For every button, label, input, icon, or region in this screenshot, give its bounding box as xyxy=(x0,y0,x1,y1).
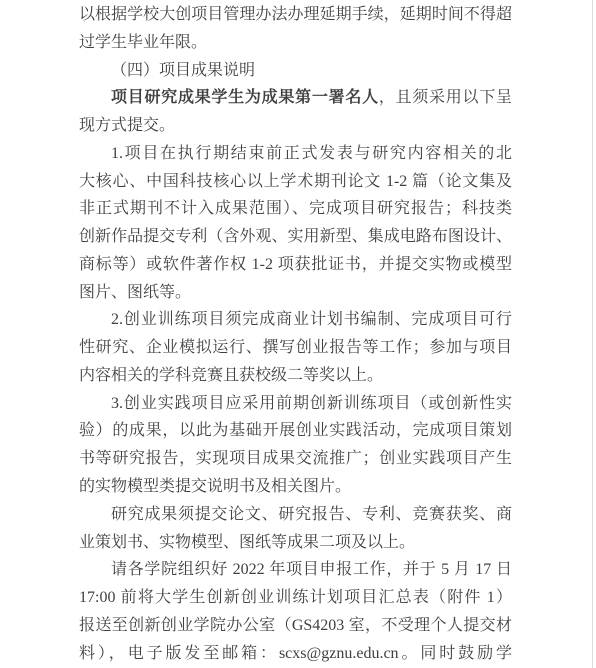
document-line: 的实物模型类提交说明书及相关图片。 xyxy=(79,473,512,501)
text-segment: 料），电子版发至邮箱：scxs@gznu.edu.cn。同时鼓励学 xyxy=(79,645,512,662)
text-segment: 报送至创新创业学院办公室（GS4203 室，不受理个人提交材 xyxy=(79,617,512,634)
text-segment: 性研究、企业模拟运行、撰写创业报告等工作；参加与项目 xyxy=(79,339,512,356)
document-line: 图片、图纸等。 xyxy=(79,279,512,307)
text-segment: 业策划书、实物模型、图纸等成果二项及以上。 xyxy=(79,534,415,551)
text-segment: 现方式提交。 xyxy=(79,117,175,134)
document-line: 验）的成果，以此为基础开展创业实践活动，完成项目策划 xyxy=(79,417,512,445)
document-line: 项目研究成果学生为成果第一署名人，且须采用以下呈 xyxy=(79,84,512,112)
document-line: 3.创业实践项目应采用前期创新训练项目（或创新性实 xyxy=(79,390,512,418)
text-segment: 创新作品提交专利（含外观、实用新型、集成电路布图设计、 xyxy=(79,228,512,245)
text-segment: （四）项目成果说明 xyxy=(111,62,255,79)
text-segment: 图片、图纸等。 xyxy=(79,284,191,301)
document-line: 报送至创新创业学院办公室（GS4203 室，不受理个人提交材 xyxy=(79,612,512,640)
text-segment: 过学生毕业年限。 xyxy=(79,34,207,51)
document-line: 内容相关的学科竞赛且获校级二等奖以上。 xyxy=(79,362,512,390)
document-line: 现方式提交。 xyxy=(79,112,512,140)
document-line: 书等研究报告，实现项目成果交流推广；创业实践项目产生 xyxy=(79,445,512,473)
document-line: 请各学院组织好 2022 年项目申报工作，并于 5 月 17 日 xyxy=(79,556,512,584)
document-line: 2.创业训练项目须完成商业计划书编制、完成项目可行 xyxy=(79,306,512,334)
text-segment: 书等研究报告，实现项目成果交流推广；创业实践项目产生 xyxy=(79,450,512,467)
document-line: 料），电子版发至邮箱：scxs@gznu.edu.cn。同时鼓励学 xyxy=(79,640,512,668)
document-line: 商标等）或软件著作权 1-2 项获批证书，并提交实物或模型 xyxy=(79,251,512,279)
document-line: 以根据学校大创项目管理办法办理延期手续，延期时间不得超 xyxy=(79,1,512,29)
document-line: 性研究、企业模拟运行、撰写创业报告等工作；参加与项目 xyxy=(79,334,512,362)
document-line: 业策划书、实物模型、图纸等成果二项及以上。 xyxy=(79,529,512,557)
document-line: 创新作品提交专利（含外观、实用新型、集成电路布图设计、 xyxy=(79,223,512,251)
document-line: 大核心、中国科技核心以上学术期刊论文 1-2 篇（论文集及 xyxy=(79,168,512,196)
text-segment: 3.创业实践项目应采用前期创新训练项目（或创新性实 xyxy=(111,395,512,412)
text-segment: 大核心、中国科技核心以上学术期刊论文 1-2 篇（论文集及 xyxy=(79,173,512,190)
document-line: 过学生毕业年限。 xyxy=(79,29,512,57)
document-line: 非正式期刊不计入成果范围）、完成项目研究报告；科技类 xyxy=(79,195,512,223)
text-segment: 2.创业训练项目须完成商业计划书编制、完成项目可行 xyxy=(111,311,512,328)
text-segment: 1.项目在执行期结束前正式发表与研究内容相关的北 xyxy=(111,145,512,162)
text-segment: 验）的成果，以此为基础开展创业实践活动，完成项目策划 xyxy=(79,422,512,439)
text-segment: 商标等）或软件著作权 1-2 项获批证书，并提交实物或模型 xyxy=(79,256,512,273)
text-segment: 非正式期刊不计入成果范围）、完成项目研究报告；科技类 xyxy=(79,200,512,217)
text-segment: 请各学院组织好 2022 年项目申报工作，并于 5 月 17 日 xyxy=(111,561,512,578)
page-edge-line xyxy=(592,0,593,668)
document-line: （四）项目成果说明 xyxy=(79,57,512,85)
bold-text-segment: 项目研究成果学生为成果第一署名人 xyxy=(111,89,379,106)
text-segment: 以根据学校大创项目管理办法办理延期手续，延期时间不得超 xyxy=(79,6,512,23)
text-segment: 研究成果须提交论文、研究报告、专利、竞赛获奖、商 xyxy=(111,506,512,523)
document-text-block: 以根据学校大创项目管理办法办理延期手续，延期时间不得超过学生毕业年限。（四）项目… xyxy=(79,1,512,667)
text-segment: 内容相关的学科竞赛且获校级二等奖以上。 xyxy=(79,367,383,384)
document-line: 17:00 前将大学生创新创业训练计划项目汇总表（附件 1） xyxy=(79,584,512,612)
text-segment: 的实物模型类提交说明书及相关图片。 xyxy=(79,478,351,495)
text-segment: ，且须采用以下呈 xyxy=(379,89,512,106)
text-segment: 17:00 前将大学生创新创业训练计划项目汇总表（附件 1） xyxy=(79,589,512,606)
document-page: 以根据学校大创项目管理办法办理延期手续，延期时间不得超过学生毕业年限。（四）项目… xyxy=(0,0,596,668)
document-line: 研究成果须提交论文、研究报告、专利、竞赛获奖、商 xyxy=(79,501,512,529)
document-line: 1.项目在执行期结束前正式发表与研究内容相关的北 xyxy=(79,140,512,168)
